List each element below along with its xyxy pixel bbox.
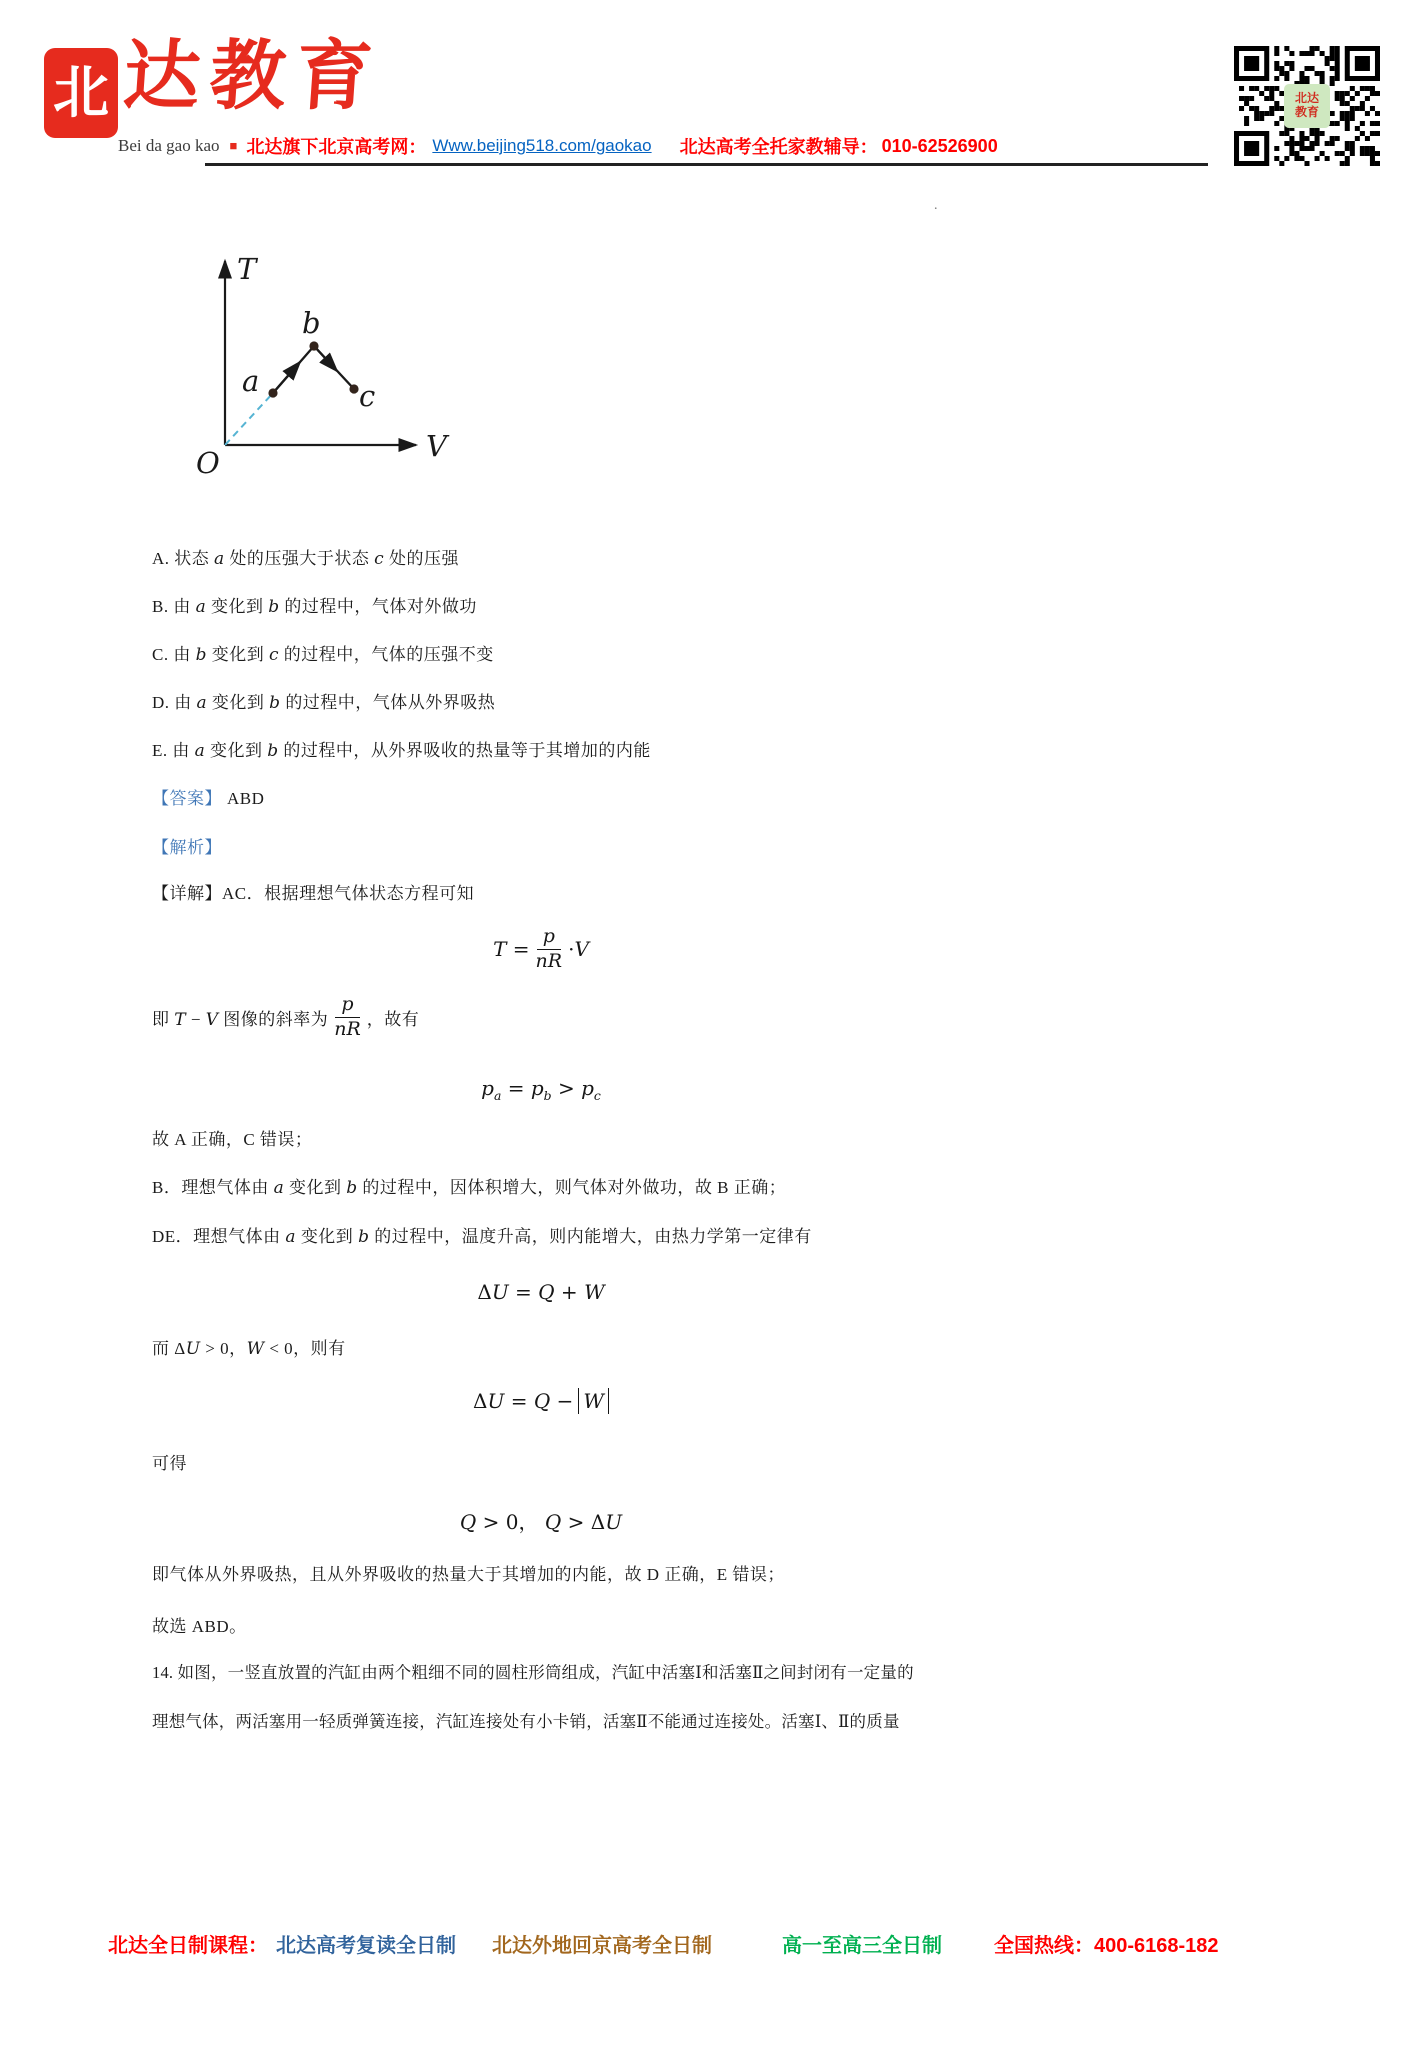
- fraction-denominator: nR: [334, 1018, 361, 1041]
- detail-line: 【详解】AC．根据理想气体状态方程可知: [152, 882, 474, 907]
- site-label: 北达旗下北京高考网：: [246, 133, 426, 159]
- condition-line: 而 ΔU > 0，W < 0，则有: [152, 1337, 346, 1362]
- logo-script-text: 达教育: [121, 38, 384, 114]
- fraction-numerator: p: [537, 926, 561, 950]
- footer-courses-label: 北达全日制课程：: [108, 1929, 268, 1958]
- page-footer: 北达全日制课程： 北达高考复读全日制 北达外地回京高考全日制 高一至高三全日制 …: [108, 1929, 1219, 1958]
- logo-seal-icon: 北: [46, 50, 116, 136]
- tv-diagram: T V O a b c: [140, 245, 450, 485]
- slope-statement: 即 T − V 图像的斜率为 p nR ，故有: [152, 994, 930, 1041]
- tutor-phone: 010-62526900: [882, 136, 998, 157]
- footer-item-gaoyi: 高一至高三全日制: [782, 1929, 942, 1958]
- formula-state-equation: T = p nR ·V: [152, 926, 930, 973]
- arrow-a-b-icon: [273, 362, 300, 393]
- option-d: D. 由 a 变化到 b 的过程中，气体从外界吸热: [152, 691, 495, 716]
- answer-value: ABD: [227, 789, 264, 808]
- footer-hotline-number: 400-6168-182: [1094, 1935, 1219, 1957]
- answer-tag: 【答案】: [152, 789, 222, 808]
- abs-equation-left: ΔU = Q −: [473, 1389, 573, 1413]
- logo-seal-char: 北: [53, 65, 109, 121]
- formula-absolute-work: ΔU = Q − W: [152, 1388, 930, 1414]
- origin-label: O: [196, 446, 220, 480]
- arrow-b-c-icon: [314, 346, 337, 371]
- formula-first-law: ΔU = Q + W: [152, 1280, 930, 1304]
- analysis-tag: 【解析】: [152, 838, 222, 857]
- absolute-value-bars: W: [578, 1388, 609, 1414]
- state-eq-fraction: p nR: [536, 926, 563, 973]
- question14-line1: 14. 如图，一竖直放置的汽缸由两个粗细不同的圆柱形筒组成，汽缸中活塞Ⅰ和活塞Ⅱ…: [152, 1661, 914, 1685]
- formula-pressure-relation: pa = pb > pc: [152, 1076, 930, 1103]
- point-c-dot: [349, 384, 358, 393]
- qr-code: 北达 教育: [1234, 46, 1380, 166]
- analysis-tag-line: 【解析】: [152, 836, 222, 861]
- fraction-numerator: p: [335, 994, 359, 1018]
- square-bullet-icon: ■: [230, 138, 238, 154]
- abs-equation-value: W: [583, 1389, 604, 1413]
- answer-line: 【答案】ABD: [152, 787, 264, 812]
- point-b-dot: [309, 341, 318, 350]
- v-axis-label: V: [426, 429, 450, 463]
- option-a: A. 状态 a 处的压强大于状态 c 处的压强: [152, 547, 459, 572]
- option-e: E. 由 a 变化到 b 的过程中，从外界吸收的热量等于其增加的内能: [152, 739, 651, 764]
- heat-relation: Q > 0， Q > ΔU: [460, 1506, 622, 1535]
- dashed-extrapolation-line: [225, 393, 273, 445]
- footer-item-waidi: 北达外地回京高考全日制: [492, 1929, 712, 1958]
- solution-b-line: B．理想气体由 a 变化到 b 的过程中，因体积增大，则气体对外做功，故 B 正…: [152, 1176, 786, 1201]
- state-eq-rhs: ·V: [568, 937, 589, 961]
- pressure-relation: pa = pb > pc: [481, 1076, 601, 1103]
- state-eq-lhs: T =: [493, 937, 529, 961]
- tagline-pinyin: Bei da gao kao: [118, 136, 220, 156]
- conclusion-de: 即气体从外界吸热，且从外界吸收的热量大于其增加的内能，故 D 正确，E 错误；: [152, 1563, 785, 1588]
- point-b-label: b: [302, 306, 321, 340]
- header-divider: [205, 163, 1208, 166]
- qr-center-badge: 北达 教育: [1284, 84, 1330, 128]
- solution-de-line: DE．理想气体由 a 变化到 b 的过程中，温度升高，则内能增大，由热力学第一定…: [152, 1225, 812, 1250]
- qr-badge-line1: 北达: [1295, 92, 1319, 106]
- formula-heat-relation: Q > 0， Q > ΔU: [152, 1506, 930, 1535]
- qr-badge-line2: 教育: [1295, 106, 1319, 120]
- point-a-label: a: [242, 364, 259, 398]
- conclusion-ac: 故 A 正确，C 错误；: [152, 1128, 312, 1153]
- footer-item-fudu: 北达高考复读全日制: [276, 1929, 456, 1958]
- footer-hotline: 全国热线：400-6168-182: [994, 1929, 1219, 1958]
- footer-hotline-label: 全国热线：: [994, 1935, 1094, 1957]
- question14-line2: 理想气体，两活塞用一轻质弹簧连接，汽缸连接处有小卡销，活塞Ⅱ不能通过连接处。活塞…: [152, 1710, 900, 1734]
- slope-pre-text: 即 T − V 图像的斜率为: [152, 1005, 328, 1030]
- slope-post-text: ，故有: [367, 1005, 420, 1030]
- option-c: C. 由 b 变化到 c 的过程中，气体的压强不变: [152, 643, 494, 668]
- header-tagline: Bei da gao kao ■ 北达旗下北京高考网： Www.beijing5…: [118, 133, 998, 159]
- tutor-label: 北达高考全托家教辅导：: [680, 133, 878, 159]
- final-answer-line: 故选 ABD。: [152, 1615, 247, 1640]
- stray-dot: .: [934, 198, 938, 214]
- first-law-equation: ΔU = Q + W: [477, 1280, 604, 1304]
- site-link[interactable]: Www.beijing518.com/gaokao: [432, 136, 651, 156]
- fraction-denominator: nR: [536, 950, 563, 973]
- option-b: B. 由 a 变化到 b 的过程中，气体对外做功: [152, 595, 477, 620]
- point-a-dot: [268, 388, 277, 397]
- point-c-label: c: [359, 379, 375, 413]
- document-page: 北 达教育 Bei da gao kao ■ 北达旗下北京高考网： Www.be…: [0, 0, 1417, 2067]
- derive-line: 可得: [152, 1452, 187, 1477]
- t-axis-label: T: [237, 252, 259, 286]
- slope-fraction: p nR: [334, 994, 361, 1041]
